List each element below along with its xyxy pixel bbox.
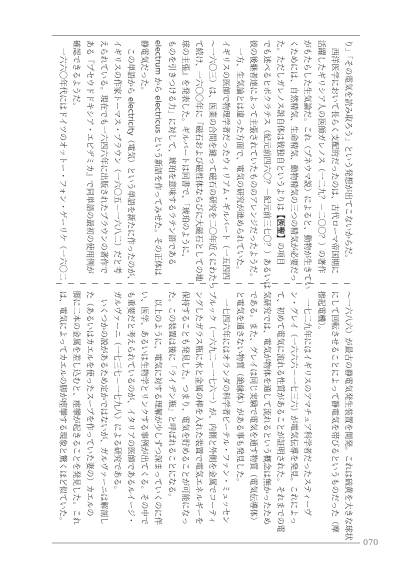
text-line: いくつかの説があるため定かではないが、ガルヴァーニは解剖し: [97, 291, 111, 529]
text-line: ～一六〇三）は、医業の合間を縫って磁石の研究を二〇年近くにわたっ: [205, 40, 219, 278]
text-line: も重要だと考えられているのが、イタリアの医師であるルイージ・: [124, 291, 138, 529]
text-line: 彼の後継者達によって主張されていたもののアレンジだったようだ。: [246, 40, 260, 278]
tier-divider-dashed: [56, 283, 350, 284]
text-line: ングしたガラス瓶に水と金属の棒を入れた装置で電気エネルギーを: [192, 291, 206, 529]
text-line: にして回転させることによって静電気を帯びるというものだった（摩: [328, 291, 342, 529]
text-line: がもたらした生気論だ。これ（プネウマ説）によると、動物が生きてい: [301, 40, 315, 278]
text-line: て続け、一六〇〇年に『磁石および磁性体ならびに大磁石としての地: [192, 40, 206, 278]
page-number: 070: [363, 538, 378, 548]
text-line: である。また、グレイは同じ実験で電気を通す物質（電気伝導体）: [246, 291, 260, 529]
text-segment: の項目: [276, 242, 285, 265]
text-line: は、電気によってカエルの脚が痙攣する現象と驚くほど似ていた。: [56, 291, 70, 529]
text-line: ある『プセウドドキシア・エピデミカ』で同単語の最初の使用例が: [83, 40, 97, 278]
text-line: 西洋医学において長らく支配的だったのは、古代ローマ帝国期に: [328, 40, 342, 278]
text-line-with-emphasis: た。ただしガレノス説自体は彼独自というよりは【医聖】の項目: [273, 40, 287, 278]
text-segment: た。ただしガレノス説自体は彼独自というよりは: [276, 40, 285, 211]
text-line: 気研究では、電気が物体を通して流れるという概念は無かったため: [260, 291, 274, 529]
text-line: 保持することも発見した。つまり、電気を貯めることが可能になっ: [178, 291, 192, 529]
text-line: 一方、生気論とは違った方面で、電気の研究が進められていた。: [233, 40, 247, 278]
upper-tier-text: り」「その電気を読み取ろう」という発想が出てこないからだ。 西洋医学において長ら…: [55, 40, 355, 278]
text-line: 脚に二本の金属を差し込むと、痙攣が起きることを発見した。これ: [70, 291, 84, 529]
text-line: 一七二九年にはイギリスのアマチュア科学者だったスティーヴ: [301, 291, 315, 529]
text-line: た（あるいはカエルを使ったスープを作っていた妻の）カエルの: [83, 291, 97, 529]
text-line: 一六六〇年代にはドイツのオットー・フォン・ゲーリケ（一六〇二: [56, 40, 70, 278]
text-line: 以上のように、電気に対する理解が少しずつ深まっていくのに伴: [151, 291, 165, 529]
top-rule: [52, 35, 360, 36]
text-line: り」「その電気を読み取ろう」という発想が出てこないからだ。: [341, 40, 355, 278]
text-line: えられている。現在でも一六四六年に出版されたブラウンの著作で: [97, 40, 111, 278]
text-line: でも述べるヒポクラテス（紀元前四六〇？－紀元前三七〇？）あるいは: [260, 40, 274, 278]
text-line: 球の主張』を発表した。ギルバートは同書で、「琥珀のように、: [178, 40, 192, 278]
lower-tier-text: ～一六八六）が最古の静電気発生装置を開発。これは硫黄を大きな球状 にして回転させ…: [55, 291, 355, 529]
text-line: イギリスの作家トーマス・ブラウン（一六〇五－一六八二）だと考: [110, 40, 124, 278]
bottom-rule: [52, 542, 360, 544]
text-line: イギリスの医師で物理学者だったウィリアム・ギルバート（一五四四: [219, 40, 233, 278]
text-line: い、医学、あるいは生物学とリンクする事例が出てくる。その中で: [138, 291, 152, 529]
text-line: た。この装置は後に「ライデン瓶」と呼ばれることになる。: [165, 291, 179, 529]
text-line: electrum から electricus という新語を作ってみせた。その正体…: [151, 40, 165, 278]
text-line: 一七四六年にはオランダの科学者ピーテル・ファン・ミュッセン: [219, 291, 233, 529]
text-line: この単語から electricity（電気）という単語を新たに作ったのが、: [124, 40, 138, 278]
text-line: 静電気だった。: [138, 40, 152, 278]
text-line: ン・グレイ（一六六六－一七三六）が電気伝導を発見。これによっ: [287, 291, 301, 529]
text-line: と電気を通さない物質（絶縁体）がある事も発見した。: [233, 291, 247, 529]
emphasized-term: 【医聖】: [276, 211, 285, 242]
text-line: て、初めて電気に流れる性質があることが証明された。それまでの電: [273, 291, 287, 529]
text-line: 活躍したギリシア人の医師ガレノス（一二九？－二〇〇？）の著作: [314, 40, 328, 278]
text-line: ガルヴァーニ（一七三七－一七九八）による研究である。: [110, 291, 124, 529]
text-line: 確認できるようだ。: [70, 40, 84, 278]
text-line: くためには、自然精気、生命精気、動物精気の三つの精気が必要だっ: [287, 40, 301, 278]
text-line: ものを引きつける力」に対して、琥珀を意味するラテン語である: [165, 40, 179, 278]
text-line: ～一六八六）が最古の静電気発生装置を開発。これは硫黄を大きな球状: [341, 291, 355, 529]
text-line: 擦起電機）。: [314, 291, 328, 529]
book-page: り」「その電気を読み取ろう」という発想が出てこないからだ。 西洋医学において長ら…: [0, 0, 400, 567]
text-line: ブルック（一六九二－一七六一）が、内側と外側を金属でコーティ: [205, 291, 219, 529]
